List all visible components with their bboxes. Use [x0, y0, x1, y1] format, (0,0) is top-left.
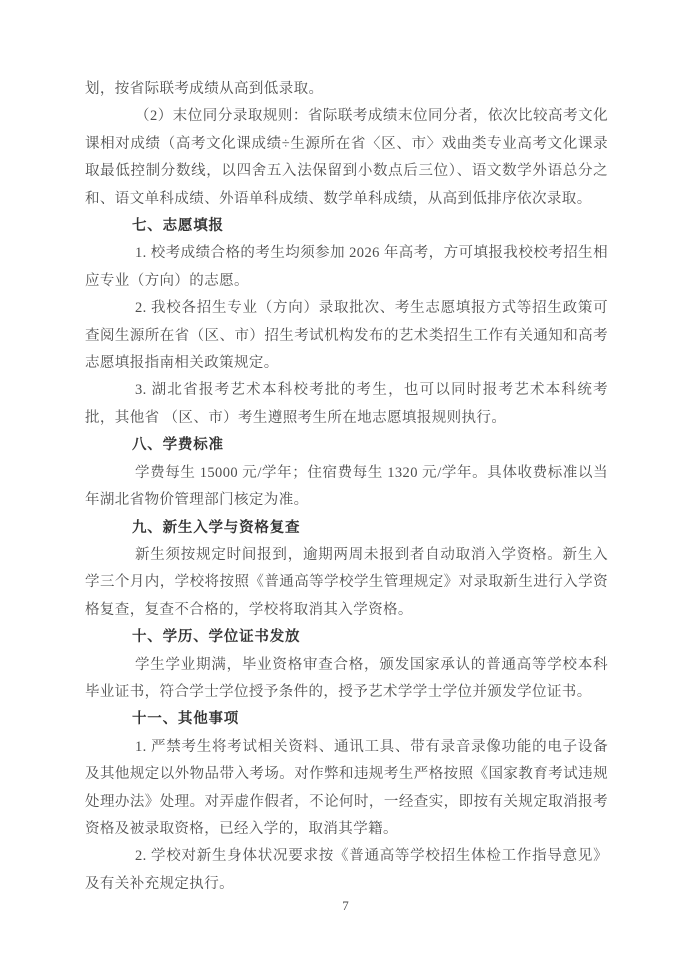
section-heading: 八、学费标准 — [85, 432, 608, 459]
section-heading: 九、新生入学与资格复查 — [85, 515, 608, 542]
page-number: 7 — [342, 898, 349, 913]
page-footer: 7 — [0, 897, 691, 915]
section-heading: 十、学历、学位证书发放 — [85, 624, 608, 651]
document-content: 划，按省际联考成绩从高到低录取。（2）末位同分录取规则：省际联考成绩末位同分者，… — [85, 0, 608, 898]
section-heading: 七、志愿填报 — [85, 213, 608, 240]
body-paragraph: （2）末位同分录取规则：省际联考成绩末位同分者，依次比较高考文化课相对成绩（高考… — [85, 103, 608, 213]
body-paragraph: 2. 学校对新生身体状况要求按《普通高等学校招生体检工作指导意见》及有关补充规定… — [85, 843, 608, 898]
body-paragraph: 学费每生 15000 元/学年；住宿费每生 1320 元/学年。具体收费标准以当… — [85, 460, 608, 515]
body-paragraph: 1. 校考成绩合格的考生均须参加 2026 年高考，方可填报我校校考招生相应专业… — [85, 240, 608, 295]
section-heading: 十一、其他事项 — [85, 706, 608, 733]
document-page: 划，按省际联考成绩从高到低录取。（2）末位同分录取规则：省际联考成绩末位同分者，… — [0, 0, 691, 978]
body-paragraph: 3. 湖北省报考艺术本科校考批的考生，也可以同时报考艺术本科统考批，其他省 （区… — [85, 377, 608, 432]
body-paragraph: 新生须按规定时间报到，逾期两周未报到者自动取消入学资格。新生入学三个月内，学校将… — [85, 542, 608, 624]
body-paragraph: 学生学业期满，毕业资格审查合格，颁发国家承认的普通高等学校本科毕业证书，符合学士… — [85, 652, 608, 707]
body-paragraph: 划，按省际联考成绩从高到低录取。 — [85, 76, 608, 103]
body-paragraph: 2. 我校各招生专业（方向）录取批次、考生志愿填报方式等招生政策可查阅生源所在省… — [85, 295, 608, 377]
body-paragraph: 1. 严禁考生将考试相关资料、通讯工具、带有录音录像功能的电子设备及其他规定以外… — [85, 734, 608, 844]
